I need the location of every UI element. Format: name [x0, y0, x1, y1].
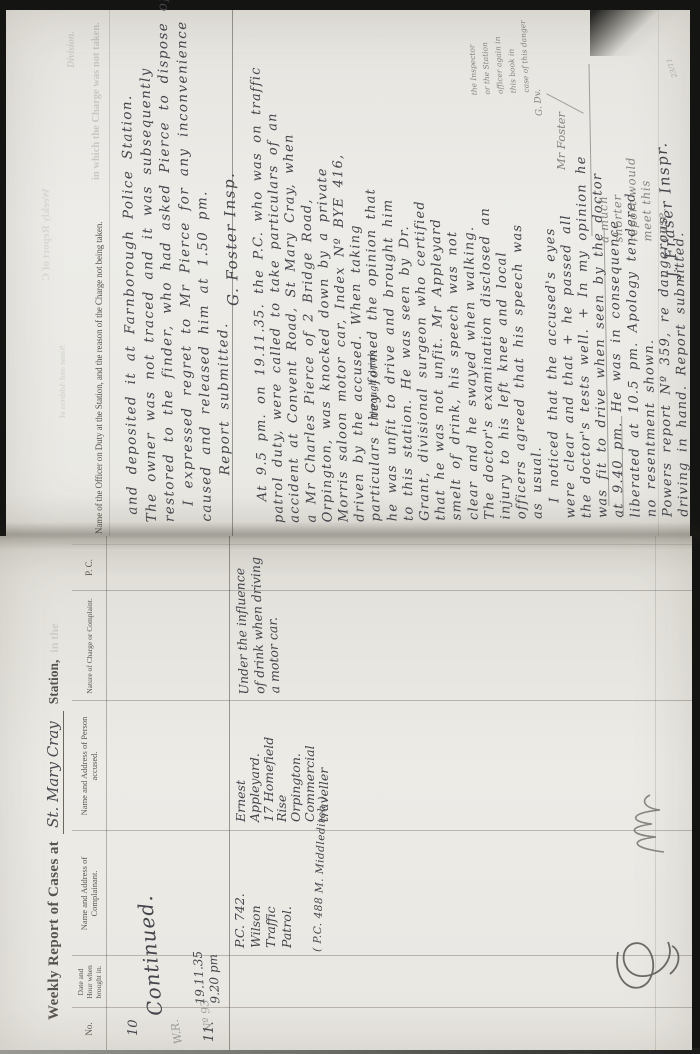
row11-date-cell: 19.11.359.20 pm — [191, 950, 224, 1005]
interline-insertion: through drink — [367, 351, 380, 418]
margin-pencil-note: W.R. — [168, 1018, 185, 1045]
complainant-line: Patrol. — [279, 893, 295, 948]
foster-annotation: Mr Foster — [554, 112, 568, 170]
page-title-text: Weekly Report of Cases at — [46, 841, 63, 1020]
header-line: accused. — [89, 751, 99, 780]
column-header-accused: Name and Address of Personaccused. — [72, 701, 106, 831]
column-rule — [72, 955, 692, 956]
rotated-stage: Weekly Report of Cases at St. Mary Cray … — [0, 0, 700, 1054]
column-header-complainant: Name and Address ofComplainant. — [72, 831, 106, 956]
right-page: Division. Weekly Report of C Name and Ad… — [6, 10, 690, 536]
row11-accused-cell: ErnestAppleyard.17 HomefieldRiseOrpingto… — [234, 737, 331, 822]
accused-line: traveller — [317, 737, 331, 822]
complainant-line: Wilson — [248, 893, 264, 948]
header-line: Date and — [76, 969, 85, 996]
header-line: P. C. — [84, 559, 94, 576]
page-title: Weekly Report of Cases at St. Mary Cray … — [44, 624, 64, 1020]
header-line: No. — [84, 1022, 94, 1035]
showthrough-header: Name and Address of — [58, 345, 67, 418]
margin-annotation: the Inspectoror the Stationofficer again… — [464, 20, 533, 96]
complainant-line: Traffic — [263, 893, 279, 948]
column-rule — [72, 590, 692, 591]
annotation-line: case of this danger — [516, 20, 533, 93]
row10-continued-note: Continued. — [133, 894, 167, 1017]
entry11-report-paragraph: At 9.5 pm. on 19.11.35. the P.C. who was… — [248, 60, 693, 524]
page-title-faint-continuation: in the — [47, 624, 62, 653]
header-line: brought in. — [94, 966, 103, 999]
column-header-no: No. — [72, 1008, 106, 1050]
accused-line: Rise — [275, 737, 289, 822]
ledger-book-spread: Weekly Report of Cases at St. Mary Cray … — [0, 0, 700, 1054]
page-title-suffix: Station, — [46, 660, 62, 705]
accused-line: Ernest — [234, 737, 248, 822]
inspector-signature: G. Foster Insp. — [220, 171, 243, 306]
column-header-date: Date andHour whenbrought in. — [72, 956, 106, 1008]
page-corner-curl — [590, 10, 690, 56]
division-label: Division. — [66, 31, 77, 68]
header-line: Complainant. — [89, 870, 99, 916]
header-line: Hour when — [85, 965, 94, 999]
showthrough-title: Weekly Report of C — [40, 188, 52, 281]
column-rule — [72, 830, 692, 831]
row-number: 10 — [126, 1019, 141, 1036]
column-rule — [72, 544, 692, 545]
title-continuation-faint: in which the Charge was not taken. — [91, 22, 102, 180]
accused-line: Orpington. — [289, 737, 303, 822]
pencil-doodle-loops — [610, 920, 688, 1004]
row11-complainant-cell: P.C. 742.WilsonTrafficPatrol. — [232, 893, 294, 948]
station-name: St. Mary Cray — [44, 711, 64, 834]
left-page: Weekly Report of Cases at St. Mary Cray … — [0, 536, 692, 1050]
row-divider — [229, 536, 230, 1050]
complainant-line: P.C. 742. — [232, 893, 248, 948]
row-number: 11. — [202, 1021, 217, 1042]
pencil-doodle-flourish — [620, 788, 678, 858]
row11-nature-cell: Under the influenceof drink when driving… — [232, 556, 283, 695]
column-header-nature: Nature of Charge or Complaint. — [72, 591, 106, 701]
column-rule — [72, 700, 692, 701]
entry10-report-paragraph: and deposited it at Farnborough Police S… — [116, 0, 235, 523]
header-rule — [109, 10, 110, 536]
annotation-line: case. — [652, 156, 669, 242]
header-rule — [106, 536, 107, 1050]
accused-line: 17 Homefield — [262, 737, 276, 822]
officer-column-header: Name of the Officer on Duty at the Stati… — [94, 222, 104, 534]
column-header-pc: P. C. — [72, 544, 106, 591]
header-line: Name and Address of — [79, 857, 89, 930]
date-line: 9.20 pm — [206, 950, 224, 1004]
review-annotation: a muchshorterreport wouldmeet thiscase. — [595, 156, 670, 244]
accused-line: Commercial — [303, 737, 317, 822]
header-line: Name and Address of Person — [79, 717, 89, 816]
accused-line: Appleyard. — [248, 737, 262, 822]
scanned-ledger-screenshot: Weekly Report of Cases at St. Mary Cray … — [0, 0, 700, 1054]
header-line: Nature of Charge or Complaint. — [85, 598, 94, 693]
